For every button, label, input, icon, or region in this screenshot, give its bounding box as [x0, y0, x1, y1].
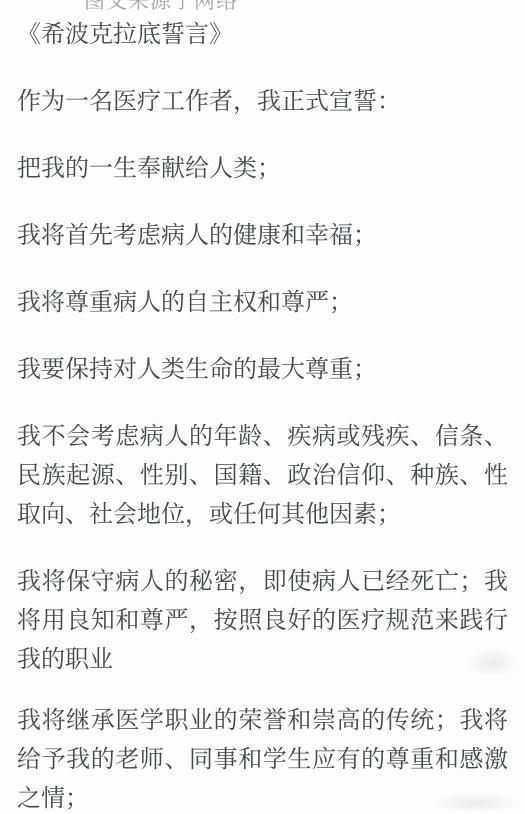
oath-paragraph-tradition-gratitude: 我将继承医学职业的荣誉和崇高的传统；我将给予我的老师、同事和学生应有的尊重和感激…: [17, 701, 508, 814]
oath-title: 《希波克拉底誓言》: [17, 16, 508, 54]
clipped-previous-line-text: 图文来源于网络: [84, 0, 238, 10]
clipped-previous-line: 图文来源于网络: [17, 0, 508, 10]
oath-paragraph-patient-health: 我将首先考虑病人的健康和幸福；: [17, 216, 508, 255]
oath-paragraph-confidentiality: 我将保守病人的秘密，即使病人已经死亡；我将用良知和尊严，按照良好的医疗规范来践行…: [17, 562, 508, 679]
oath-document: 图文来源于网络 《希波克拉底誓言》 作为一名医疗工作者，我正式宣誓： 把我的一生…: [0, 0, 525, 814]
oath-paragraph-non-discrimination: 我不会考虑病人的年龄、疾病或残疾、信条、民族起源、性别、国籍、政治信仰、种族、性…: [17, 417, 508, 534]
oath-paragraph-respect-life: 我要保持对人类生命的最大尊重；: [17, 350, 508, 389]
oath-paragraph-declaration: 作为一名医疗工作者，我正式宣誓：: [17, 82, 508, 121]
oath-paragraph-autonomy-dignity: 我将尊重病人的自主权和尊严；: [17, 283, 508, 322]
oath-paragraph-dedicate-life: 把我的一生奉献给人类；: [17, 149, 508, 188]
